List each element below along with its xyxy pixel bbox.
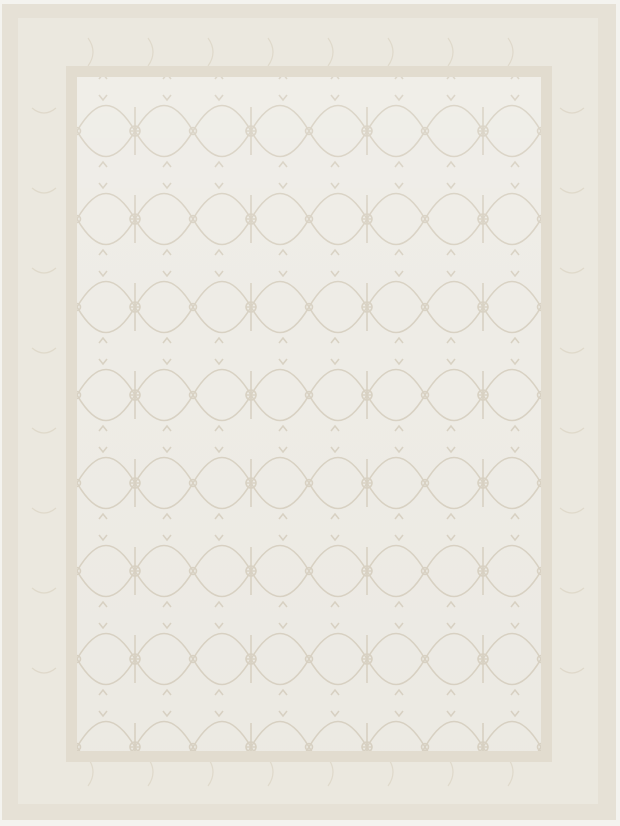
rug-photo bbox=[0, 0, 620, 826]
rug-field bbox=[77, 77, 541, 751]
lattice-pattern bbox=[77, 77, 541, 751]
